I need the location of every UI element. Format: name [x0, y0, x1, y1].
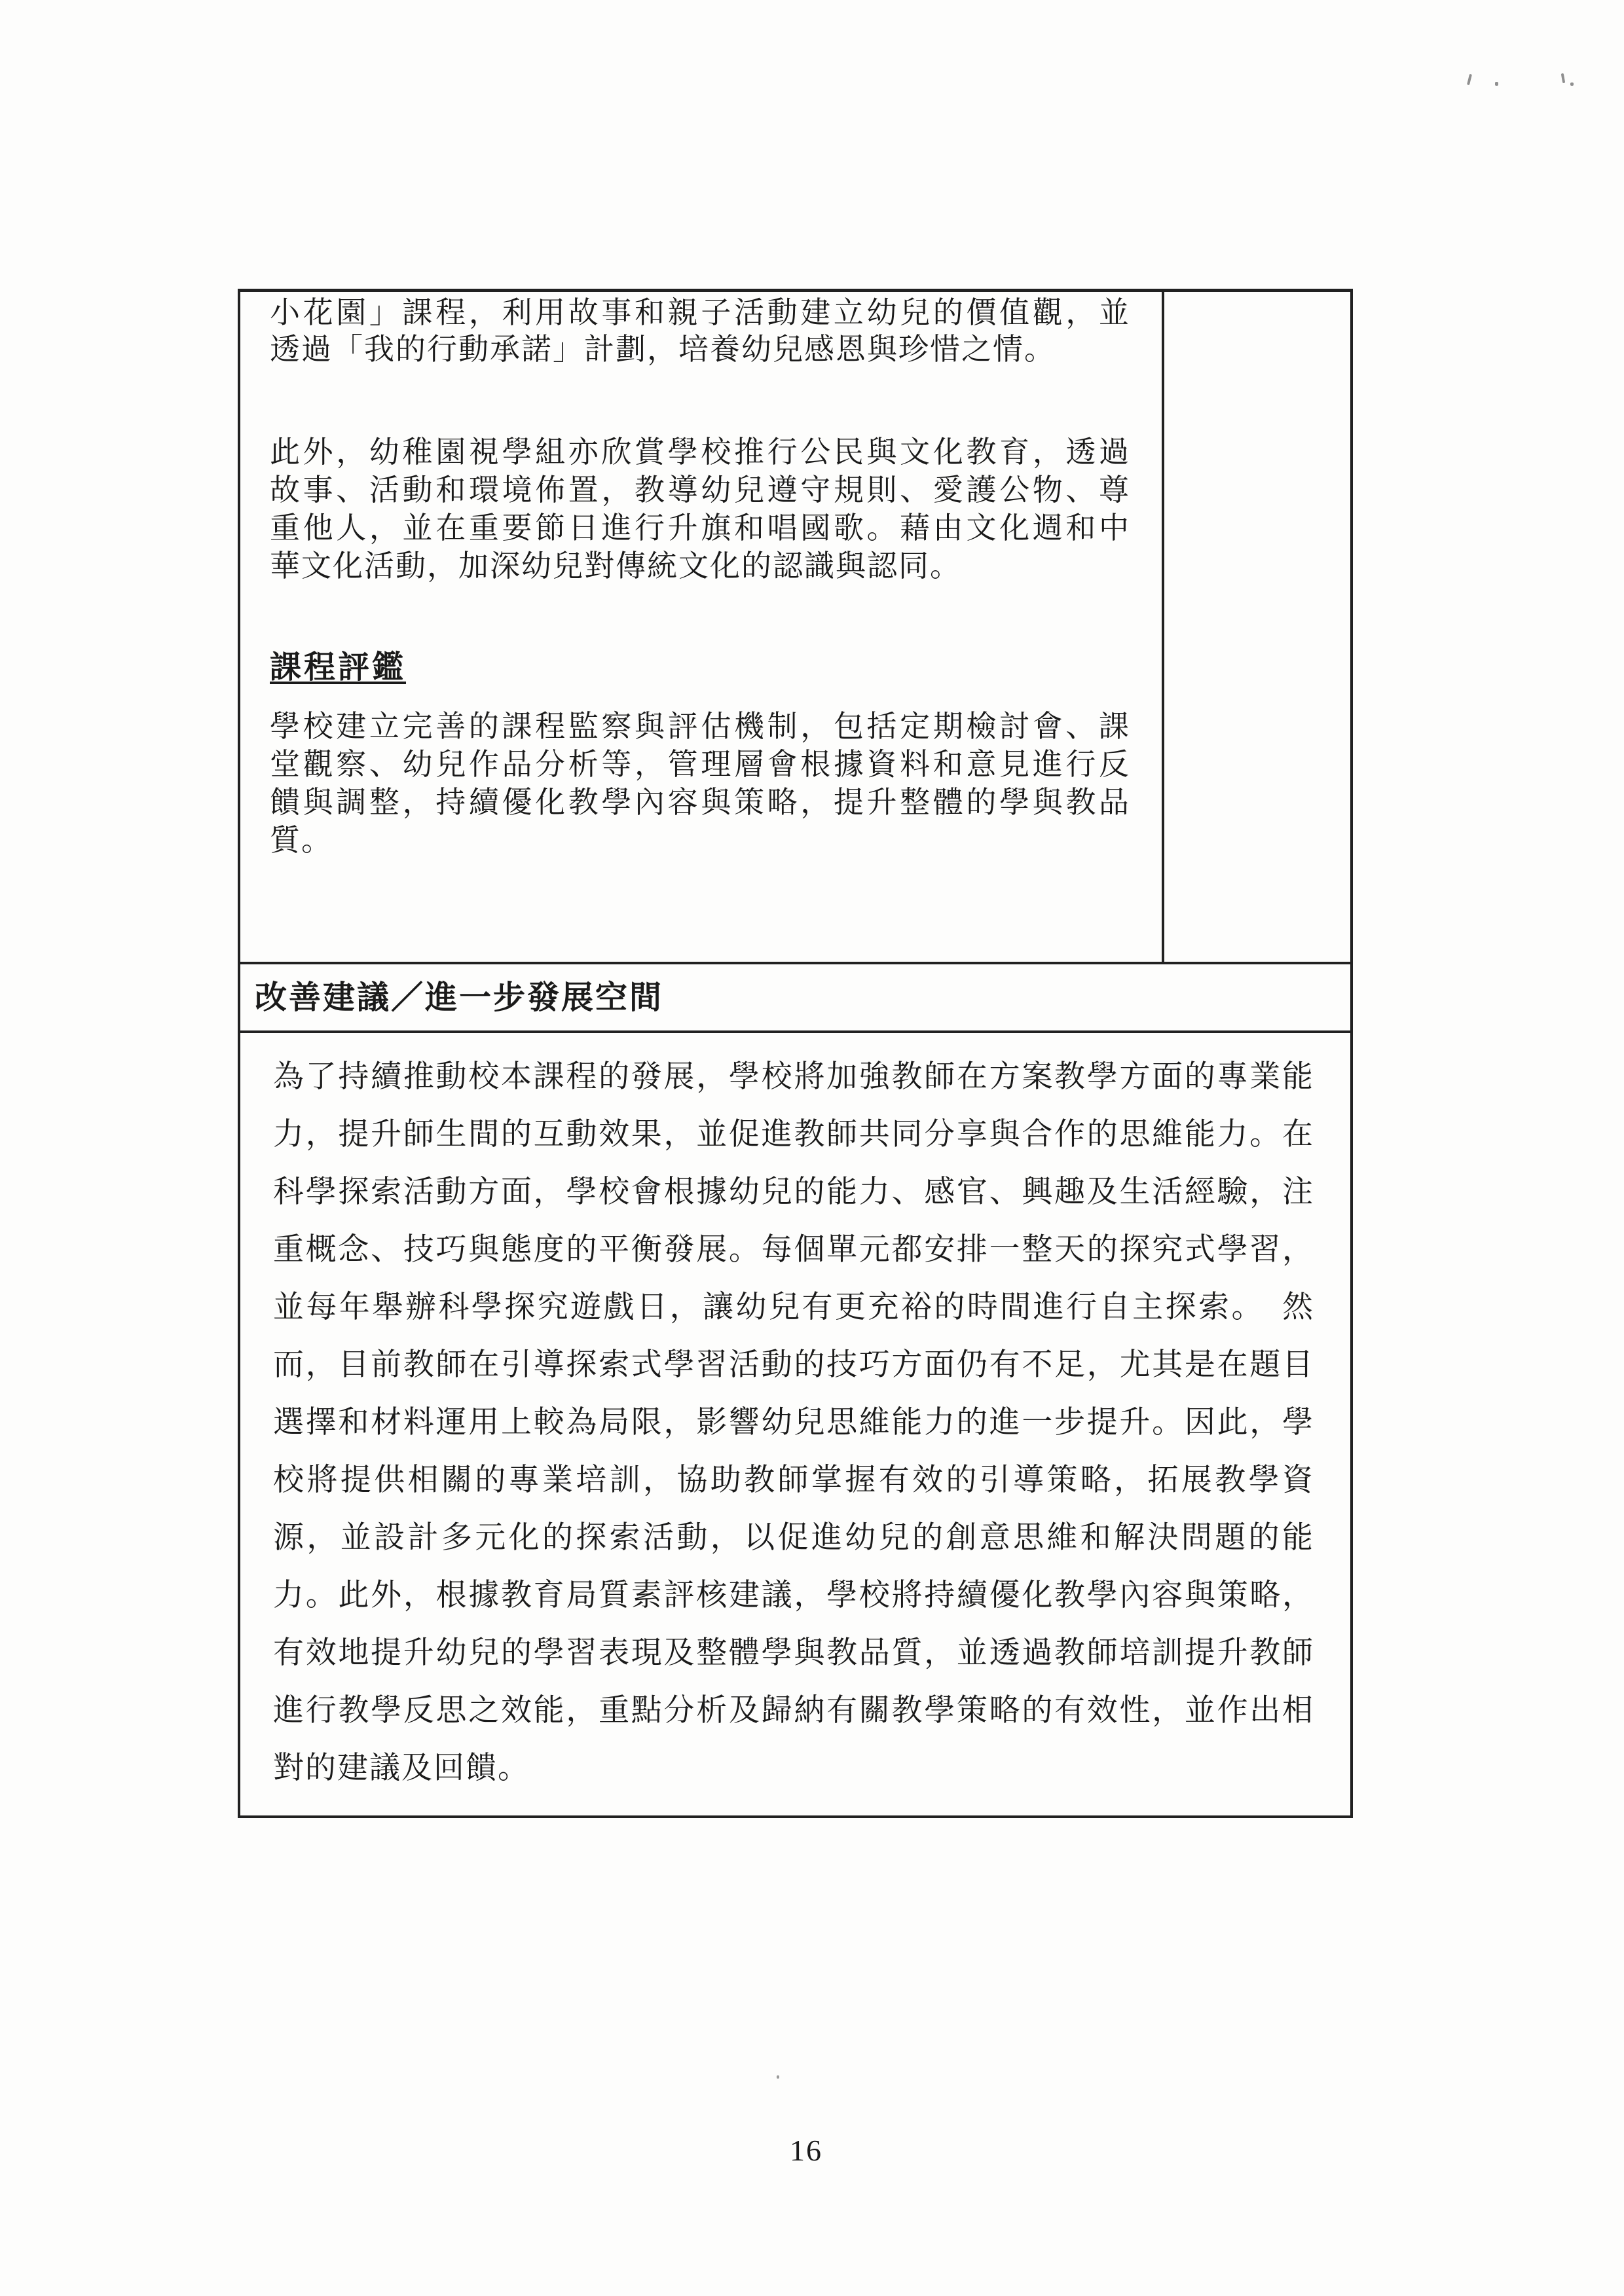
- page-number: 16: [0, 2133, 1612, 2168]
- text-line: 而，目前教師在引導探索式學習活動的技巧方面仍有不足，尤其是在題目: [273, 1336, 1314, 1394]
- text-line: 有效地提升幼兒的學習表現及整體學與教品質，並透過教師培訓提升教師: [273, 1624, 1314, 1682]
- scan-speck: [777, 2075, 779, 2079]
- text-line: 源，並設計多元化的探索活動，以促進幼兒的創意思維和解決問題的能: [273, 1509, 1314, 1567]
- scan-speck: [1495, 82, 1498, 86]
- paragraph-values-education: 小花園」課程，利用故事和親子活動建立幼兒的價值觀，並 透過「我的行動承諾」計劃，…: [270, 295, 1130, 368]
- text-line: 學校建立完善的課程監察與評估機制，包括定期檢討會、課: [270, 708, 1130, 746]
- text-line: 科學探索活動方面，學校會根據幼兒的能力、感官、興趣及生活經驗，注: [273, 1163, 1314, 1221]
- text-line: 故事、活動和環境佈置，教導幼兒遵守規則、愛護公物、尊: [270, 471, 1130, 509]
- text-line: 力。此外，根據教育局質素評核建議，學校將持續優化教學內容與策略，: [273, 1567, 1314, 1624]
- text-line: 重他人，並在重要節日進行升旗和唱國歌。藉由文化週和中: [270, 509, 1130, 547]
- text-line: 並每年舉辦科學探究遊戲日，讓幼兒有更充裕的時間進行自主探索。 然: [273, 1279, 1314, 1336]
- text-line: 重概念、技巧與態度的平衡發展。每個單元都安排一整天的探究式學習，: [273, 1221, 1314, 1279]
- scan-speck: [1570, 82, 1574, 86]
- empty-side-cell: [1164, 292, 1350, 962]
- text-line: 小花園」課程，利用故事和親子活動建立幼兒的價值觀，並: [270, 295, 1130, 331]
- table-row-body: 為了持續推動校本課程的發展，學校將加強教師在方案教學方面的專業能 力，提升師生間…: [240, 1033, 1350, 1815]
- paragraph-monitoring-mechanism: 學校建立完善的課程監察與評估機制，包括定期檢討會、課 堂觀察、幼兒作品分析等，管…: [270, 708, 1130, 860]
- table-row-continuation: 小花園」課程，利用故事和親子活動建立幼兒的價值觀，並 透過「我的行動承諾」計劃，…: [240, 292, 1350, 964]
- text-line: 饋與調整，持續優化教學內容與策略，提升整體的學與教品: [270, 784, 1130, 822]
- report-table: 小花園」課程，利用故事和親子活動建立幼兒的價值觀，並 透過「我的行動承諾」計劃，…: [238, 289, 1353, 1818]
- text-line: 力，提升師生間的互動效果，並促進教師共同分享與合作的思維能力。在: [273, 1106, 1314, 1163]
- text-line: 此外，幼稚園視學組亦欣賞學校推行公民與文化教育，透過: [270, 433, 1130, 471]
- text-line: 透過「我的行動承諾」計劃，培養幼兒感恩與珍惜之情。: [270, 331, 1130, 368]
- section-header-improvement: 改善建議／進一步發展空間: [240, 964, 1350, 1030]
- scan-speck: [1467, 74, 1472, 85]
- text-line: 為了持續推動校本課程的發展，學校將加強教師在方案教學方面的專業能: [273, 1048, 1314, 1106]
- scan-speck: [1561, 73, 1566, 83]
- paragraph-improvement-suggestions: 為了持續推動校本課程的發展，學校將加強教師在方案教學方面的專業能 力，提升師生間…: [273, 1048, 1314, 1797]
- subheading-curriculum-evaluation: 課程評鑑: [270, 649, 406, 687]
- text-line: 質。: [270, 822, 1130, 860]
- text-line: 華文化活動，加深幼兒對傳統文化的認識與認同。: [270, 547, 1130, 585]
- continuation-text-cell: 小花園」課程，利用故事和親子活動建立幼兒的價值觀，並 透過「我的行動承諾」計劃，…: [240, 292, 1162, 962]
- text-line: 進行教學反思之效能，重點分析及歸納有關教學策略的有效性，並作出相: [273, 1682, 1314, 1740]
- text-line: 堂觀察、幼兒作品分析等，管理層會根據資料和意見進行反: [270, 746, 1130, 784]
- text-line: 選擇和材料運用上較為局限，影響幼兒思維能力的進一步提升。因此，學: [273, 1394, 1314, 1451]
- text-line: 對的建議及回饋。: [273, 1740, 1314, 1797]
- table-row-section-header: 改善建議／進一步發展空間: [240, 964, 1350, 1033]
- text-line: 校將提供相關的專業培訓，協助教師掌握有效的引導策略，拓展教學資: [273, 1451, 1314, 1509]
- scanned-report-page: 小花園」課程，利用故事和親子活動建立幼兒的價值觀，並 透過「我的行動承諾」計劃，…: [0, 0, 1624, 2296]
- paragraph-civic-culture: 此外，幼稚園視學組亦欣賞學校推行公民與文化教育，透過 故事、活動和環境佈置，教導…: [270, 433, 1130, 585]
